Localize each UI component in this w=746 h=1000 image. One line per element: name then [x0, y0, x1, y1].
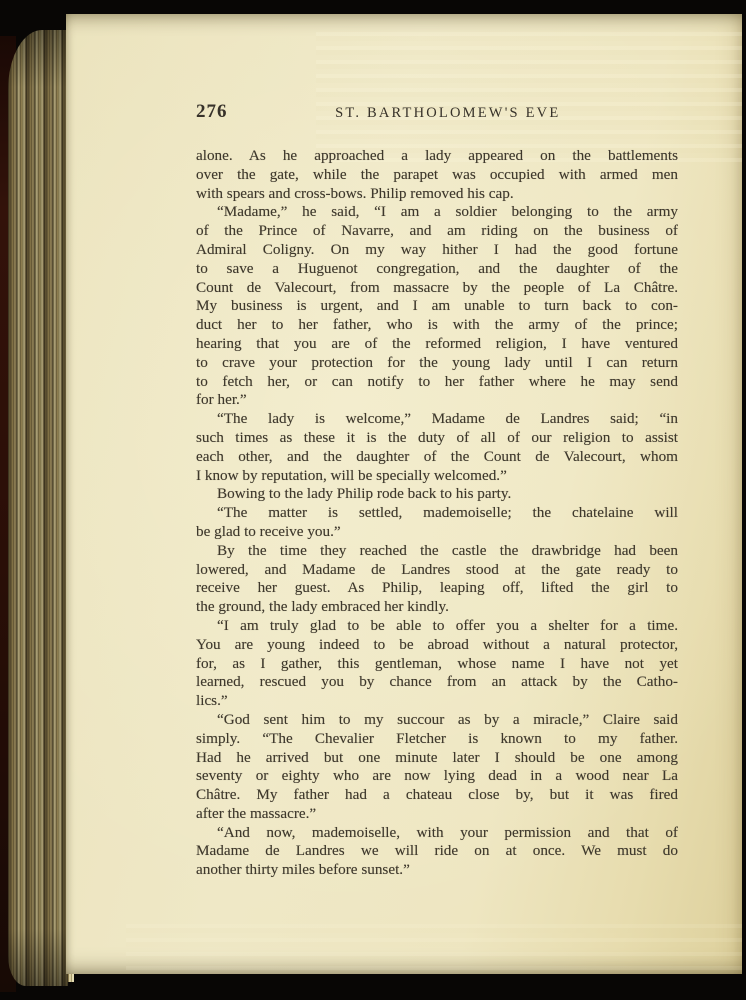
- text-line: such times as these it is the duty of al…: [196, 429, 678, 448]
- text-line: of the Prince of Navarre, and am riding …: [196, 222, 678, 241]
- paragraph: “Madame,” he said, “I am a soldier belon…: [196, 203, 678, 410]
- paragraph: “The lady is welcome,” Madame de Landres…: [196, 410, 678, 485]
- text-line: Had he arrived but one minute later I sh…: [196, 749, 678, 768]
- text-line: lics.”: [196, 692, 678, 711]
- scan-artifact-bands-bottom: [126, 924, 742, 970]
- text-line: another thirty miles before sunset.”: [196, 861, 678, 880]
- text-line: receive her guest. As Philip, leaping of…: [196, 579, 678, 598]
- paragraph: “And now, mademoiselle, with your permis…: [196, 824, 678, 880]
- text-line: “The matter is settled, mademoiselle; th…: [196, 504, 678, 523]
- paragraph: “God sent him to my succour as by a mira…: [196, 711, 678, 824]
- stacked-page-edges: [8, 30, 68, 986]
- text-line: alone. As he approached a lady appeared …: [196, 147, 678, 166]
- text-line: You are young indeed to be abroad withou…: [196, 636, 678, 655]
- page-number: 276: [196, 101, 228, 123]
- text-line: “The lady is welcome,” Madame de Landres…: [196, 410, 678, 429]
- text-line: after the massacre.”: [196, 805, 678, 824]
- text-line: “Madame,” he said, “I am a soldier belon…: [196, 203, 678, 222]
- text-line: My business is urgent, and I am unable t…: [196, 297, 678, 316]
- text-line: lowered, and Madame de Landres stood at …: [196, 561, 678, 580]
- body-text: alone. As he approached a lady appeared …: [196, 147, 678, 880]
- text-line: Count de Valecourt, from massacre by the…: [196, 279, 678, 298]
- text-line: learned, rescued you by chance from an a…: [196, 673, 678, 692]
- scan-artifact-bands: [316, 32, 742, 162]
- text-line: By the time they reached the castle the …: [196, 542, 678, 561]
- text-line: to fetch her, or can notify to her fathe…: [196, 373, 678, 392]
- text-line: simply. “The Chevalier Fletcher is known…: [196, 730, 678, 749]
- paragraph: Bowing to the lady Philip rode back to h…: [196, 485, 678, 504]
- text-line: Madame de Landres we will ride on at onc…: [196, 842, 678, 861]
- running-header: ST. BARTHOLOMEW'S EVE: [228, 105, 679, 122]
- paragraph: By the time they reached the castle the …: [196, 542, 678, 617]
- text-line: the ground, the lady embraced her kindly…: [196, 598, 678, 617]
- scanned-book-photo: { "page": { "number": "276", "running_he…: [0, 0, 746, 1000]
- text-line: with spears and cross-bows. Philip remov…: [196, 185, 678, 204]
- text-line: hearing that you are of the reformed rel…: [196, 335, 678, 354]
- text-line: to save a Huguenot congregation, and the…: [196, 260, 678, 279]
- paragraph: alone. As he approached a lady appeared …: [196, 147, 678, 203]
- book-page: 276 ST. BARTHOLOMEW'S EVE alone. As he a…: [66, 14, 742, 974]
- text-line: for, as I gather, this gentleman, whose …: [196, 655, 678, 674]
- text-line: Bowing to the lady Philip rode back to h…: [196, 485, 678, 504]
- paragraph: “I am truly glad to be able to offer you…: [196, 617, 678, 711]
- text-line: for her.”: [196, 391, 678, 410]
- page-header: 276 ST. BARTHOLOMEW'S EVE: [196, 101, 678, 123]
- paragraph: “The matter is settled, mademoiselle; th…: [196, 504, 678, 542]
- text-line: “I am truly glad to be able to offer you…: [196, 617, 678, 636]
- text-line: “God sent him to my succour as by a mira…: [196, 711, 678, 730]
- text-line: each other, and the daughter of the Coun…: [196, 448, 678, 467]
- text-line: over the gate, while the parapet was occ…: [196, 166, 678, 185]
- text-line: “And now, mademoiselle, with your permis…: [196, 824, 678, 843]
- text-line: I know by reputation, will be specially …: [196, 467, 678, 486]
- text-line: be glad to receive you.”: [196, 523, 678, 542]
- text-line: Châtre. My father had a chateau close by…: [196, 786, 678, 805]
- text-line: seventy or eighty who are now lying dead…: [196, 767, 678, 786]
- text-line: duct her to her father, who is with the …: [196, 316, 678, 335]
- text-line: to crave your protection for the young l…: [196, 354, 678, 373]
- text-line: Admiral Coligny. On my way hither I had …: [196, 241, 678, 260]
